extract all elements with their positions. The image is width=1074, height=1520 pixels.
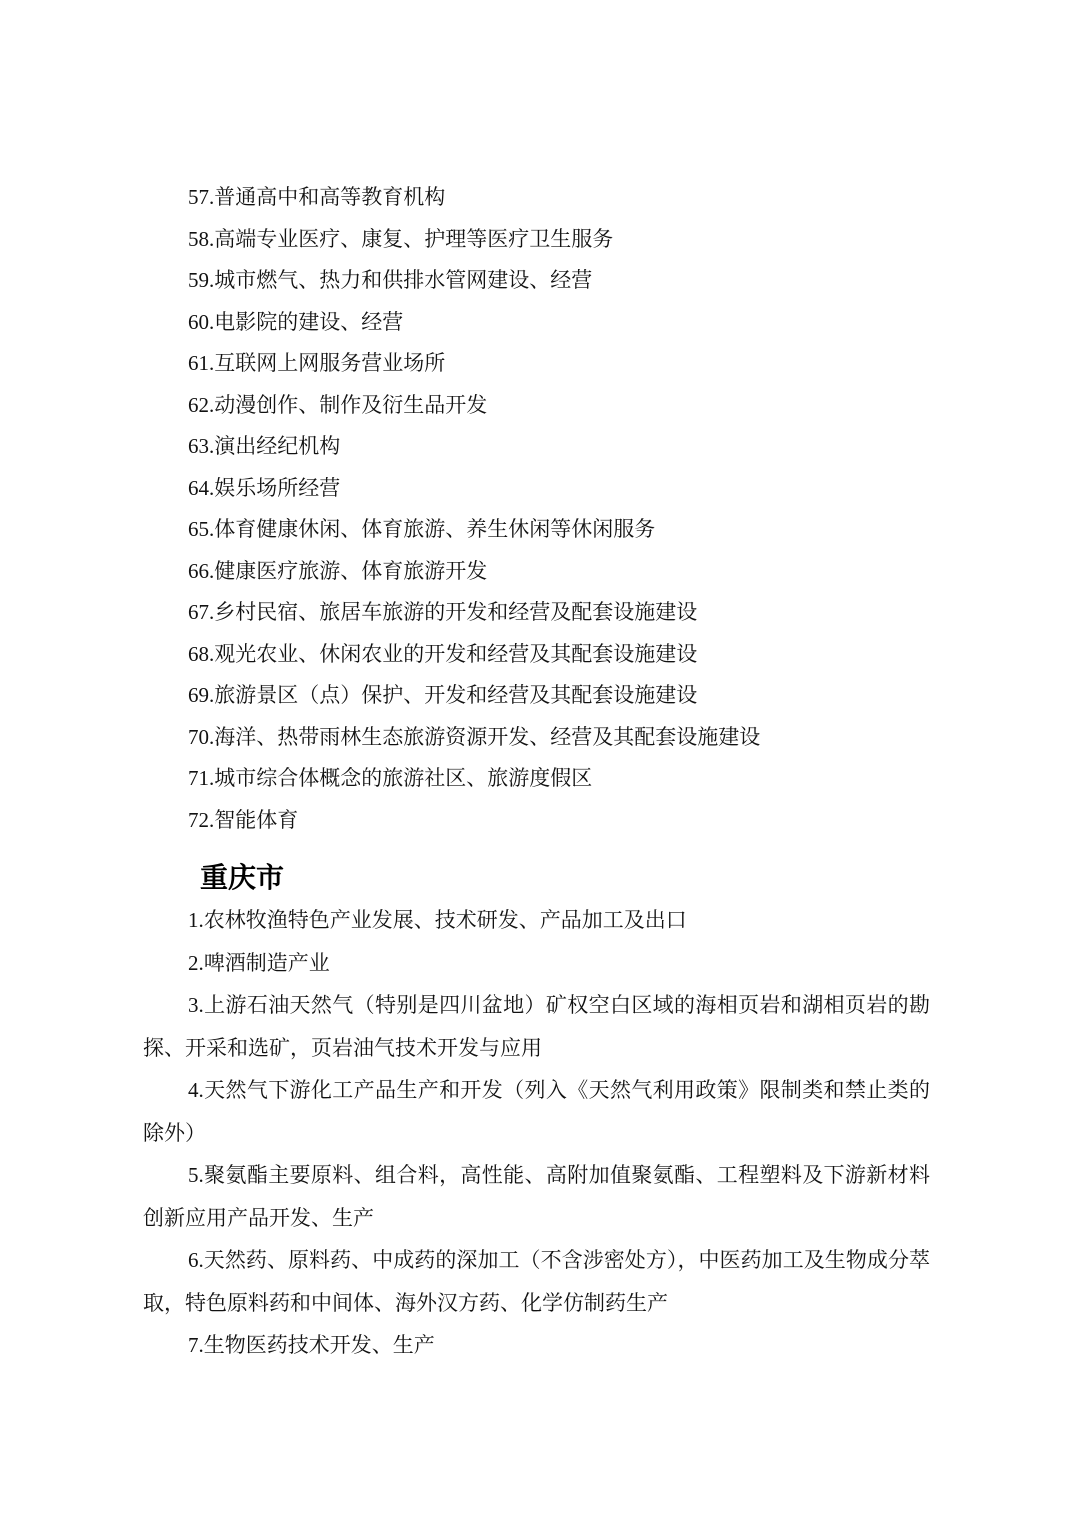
list-item: 72.智能体育 — [143, 800, 930, 842]
list-item: 60.电影院的建设、经营 — [143, 302, 930, 344]
list-item: 63.演出经纪机构 — [143, 426, 930, 468]
list-item: 62.动漫创作、制作及衍生品开发 — [143, 385, 930, 427]
list-item: 65.体育健康休闲、体育旅游、养生休闲等休闲服务 — [143, 509, 930, 551]
list-item: 71.城市综合体概念的旅游社区、旅游度假区 — [143, 758, 930, 800]
list-item: 3.上游石油天然气（特别是四川盆地）矿权空白区域的海相页岩和湖相页岩的勘探、开采… — [143, 984, 930, 1069]
list-item: 61.互联网上网服务营业场所 — [143, 343, 930, 385]
list-item: 70.海洋、热带雨林生态旅游资源开发、经营及其配套设施建设 — [143, 717, 930, 759]
list-item: 6.天然药、原料药、中成药的深加工（不含涉密处方），中医药加工及生物成分萃取，特… — [143, 1239, 930, 1324]
list-item: 67.乡村民宿、旅居车旅游的开发和经营及配套设施建设 — [143, 592, 930, 634]
list-item: 57.普通高中和高等教育机构 — [143, 177, 930, 219]
list-item: 2.啤酒制造产业 — [143, 942, 930, 985]
list-item: 68.观光农业、休闲农业的开发和经营及其配套设施建设 — [143, 634, 930, 676]
list-item: 59.城市燃气、热力和供排水管网建设、经营 — [143, 260, 930, 302]
list-item: 5.聚氨酯主要原料、组合料，高性能、高附加值聚氨酯、工程塑料及下游新材料创新应用… — [143, 1154, 930, 1239]
list-item: 7.生物医药技术开发、生产 — [143, 1324, 930, 1367]
continued-list: 57.普通高中和高等教育机构 58.高端专业医疗、康复、护理等医疗卫生服务 59… — [143, 177, 930, 841]
list-item: 69.旅游景区（点）保护、开发和经营及其配套设施建设 — [143, 675, 930, 717]
list-item: 64.娱乐场所经营 — [143, 468, 930, 510]
chongqing-list: 1.农林牧渔特色产业发展、技术研发、产品加工及出口 2.啤酒制造产业 3.上游石… — [143, 899, 930, 1367]
section-heading-chongqing: 重庆市 — [143, 857, 930, 899]
document-page: 57.普通高中和高等教育机构 58.高端专业医疗、康复、护理等医疗卫生服务 59… — [0, 0, 1074, 1520]
list-item: 58.高端专业医疗、康复、护理等医疗卫生服务 — [143, 219, 930, 261]
list-item: 4.天然气下游化工产品生产和开发（列入《天然气利用政策》限制类和禁止类的除外） — [143, 1069, 930, 1154]
list-item: 1.农林牧渔特色产业发展、技术研发、产品加工及出口 — [143, 899, 930, 942]
list-item: 66.健康医疗旅游、体育旅游开发 — [143, 551, 930, 593]
